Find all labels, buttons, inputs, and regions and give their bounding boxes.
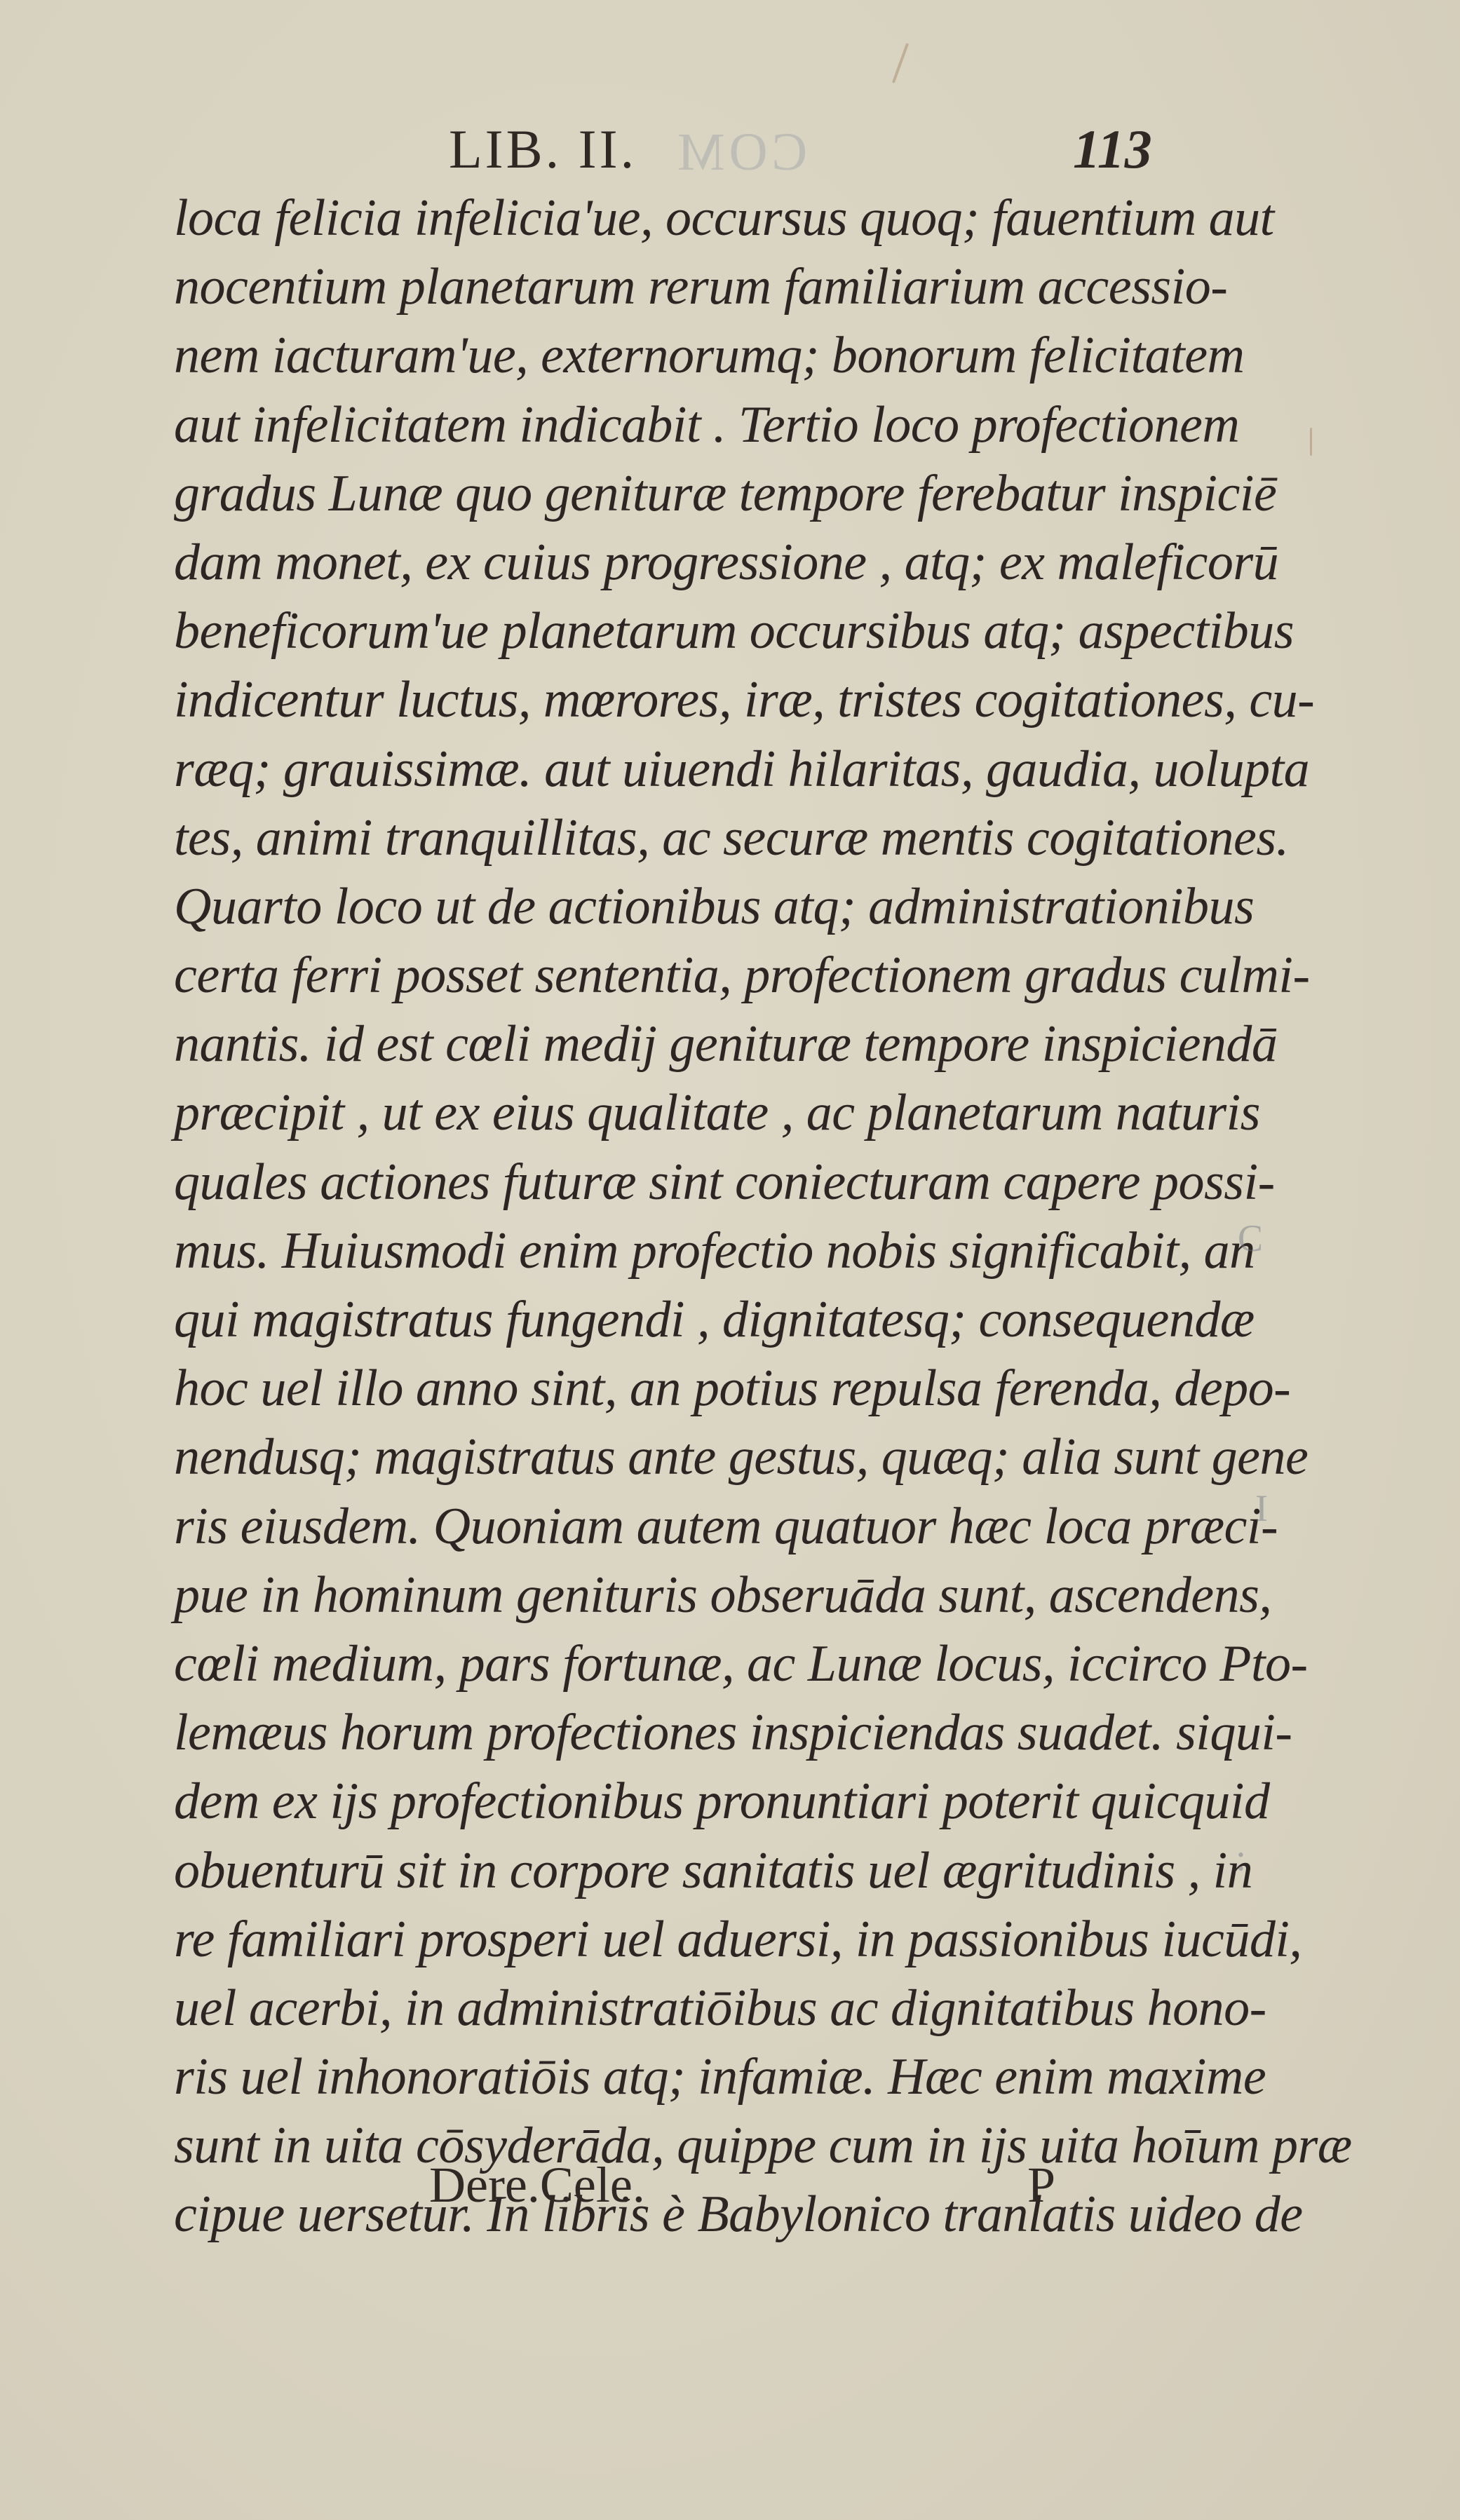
text-line: nocentium planetarum rerum familiarium a… [174, 252, 1226, 321]
text-line: nantis. id est cœli medij genituræ tempo… [174, 1010, 1226, 1078]
book-page: COM LIB. II. 113 loca felicia infelicia'… [0, 0, 1460, 2520]
text-line: dam monet, ex cuius progressione , atq; … [174, 528, 1226, 597]
text-line: lemæus horum profectiones inspiciendas s… [174, 1698, 1226, 1767]
catchword: Dere.Cele. [429, 2156, 645, 2214]
text-line: indicentur luctus, mœrores, iræ, tristes… [174, 665, 1226, 734]
signature-mark: P [1027, 2156, 1055, 2214]
text-line: obuenturū sit in corpore sanitatis uel æ… [174, 1836, 1226, 1905]
text-line: cœli medium, pars fortunæ, ac Lunæ locus… [174, 1630, 1226, 1698]
text-line: ris eiusdem. Quoniam autem quatuor hæc l… [174, 1492, 1226, 1561]
text-line: certa ferri posset sententia, profection… [174, 941, 1226, 1010]
page-footer: Dere.Cele. P [0, 2156, 1460, 2226]
margin-mark: C [1238, 1217, 1263, 1260]
text-line: quales actiones futuræ sint coniecturam … [174, 1148, 1226, 1217]
running-head: LIB. II. [449, 118, 637, 181]
paper-speck [1310, 428, 1312, 456]
text-line: hoc uel illo anno sint, an potius repuls… [174, 1354, 1226, 1423]
text-line: tes, animi tranquillitas, ac securæ ment… [174, 804, 1226, 872]
text-line: qui magistratus fungendi , dignitatesq; … [174, 1285, 1226, 1354]
body-text: loca felicia infelicia'ue, occursus quoq… [174, 184, 1226, 2249]
text-line: pue in hominum genituris obseruāda sunt,… [174, 1561, 1226, 1630]
text-line: dem ex ijs profectionibus pronuntiari po… [174, 1767, 1226, 1836]
paper-speck [892, 43, 909, 83]
text-line: Quarto loco ut de actionibus atq; admini… [174, 872, 1226, 941]
text-line: ris uel inhonoratiōis atq; infamiæ. Hæc … [174, 2043, 1226, 2111]
margin-mark: I [1255, 1486, 1268, 1530]
page-header: COM LIB. II. 113 [0, 118, 1460, 181]
text-line: re familiari prosperi uel aduersi, in pa… [174, 1905, 1226, 1974]
text-line: mus. Huiusmodi enim profectio nobis sign… [174, 1217, 1226, 1285]
text-line: nem iacturam'ue, externorumq; bonorum fe… [174, 321, 1226, 390]
text-line: nendusq; magistratus ante gestus, quæq; … [174, 1423, 1226, 1491]
show-through-text: COM [673, 122, 807, 183]
text-line: gradus Lunæ quo genituræ tempore ferebat… [174, 459, 1226, 528]
margin-mark: : [1236, 1836, 1246, 1879]
text-line: beneficorum'ue planetarum occursibus atq… [174, 597, 1226, 665]
text-line: loca felicia infelicia'ue, occursus quoq… [174, 184, 1226, 252]
folio-number: 113 [1073, 118, 1152, 181]
text-line: uel acerbi, in administratiōibus ac dign… [174, 1974, 1226, 2043]
text-line: aut infelicitatem indicabit . Tertio loc… [174, 391, 1226, 459]
text-line: præcipit , ut ex eius qualitate , ac pla… [174, 1078, 1226, 1147]
text-line: ræq; grauissimæ. aut uiuendi hilaritas, … [174, 735, 1226, 804]
